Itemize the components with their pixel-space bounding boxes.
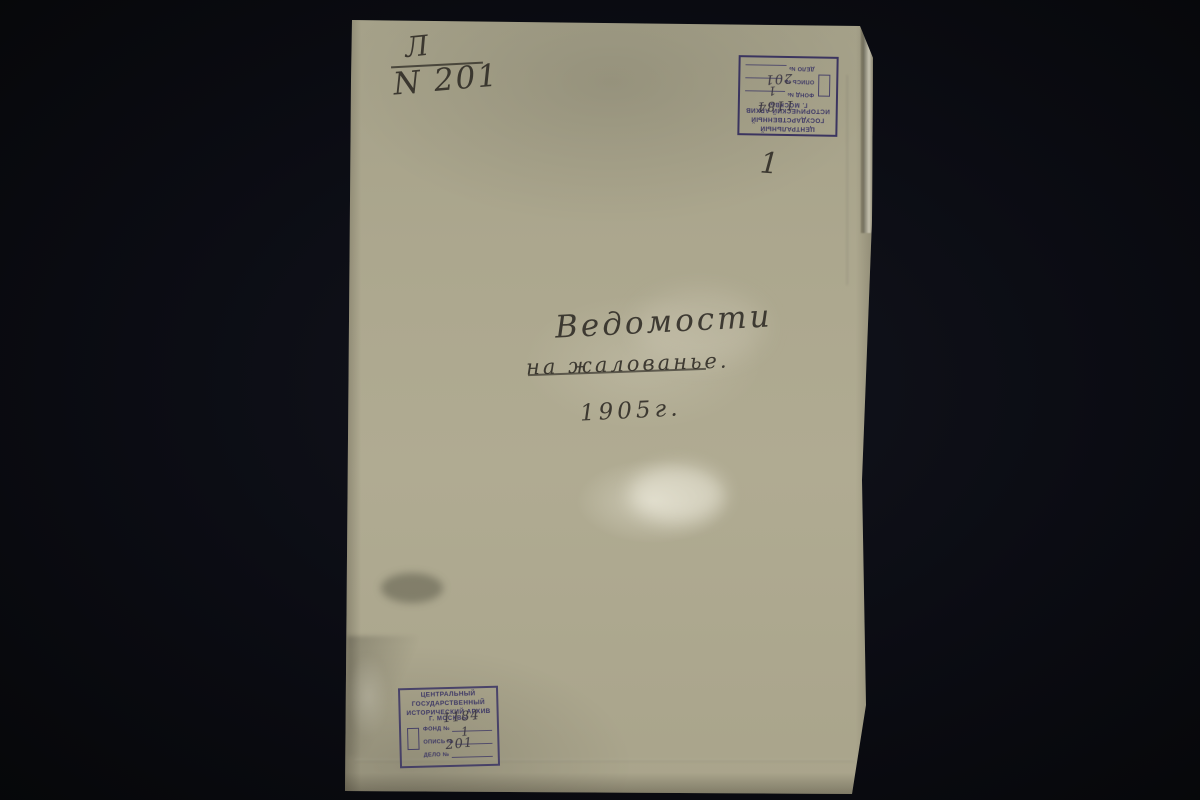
stamp-delo-value: 201 (445, 735, 474, 753)
paper-stain-bright (630, 465, 725, 523)
stamp-row-rule (452, 730, 492, 732)
archive-stamp-top-right: ЦЕНТРАЛЬНЫЙ ГОСУДАРСТВЕННЫЙ ИСТОРИЧЕСКИЙ… (737, 55, 838, 137)
archive-stamp-bottom-left: ЦЕНТРАЛЬНЫЙ ГОСУДАРСТВЕННЫЙ ИСТОРИЧЕСКИЙ… (398, 686, 500, 769)
stamp-org-line: ГОСУДАРСТВЕННЫЙ (400, 699, 496, 709)
stamp-fond-value: 1184 (756, 97, 794, 114)
vertical-crease (846, 75, 849, 285)
stamp-org-line: ЦЕНТРАЛЬНЫЙ (400, 690, 496, 700)
stamp-row-rule (745, 90, 785, 92)
faded-stamp-smudge (381, 573, 443, 603)
page-stack-edge (863, 28, 874, 233)
corner-letter: Л (403, 29, 430, 64)
stamp-delo-value: 201 (764, 70, 793, 86)
page-number: 1 (759, 145, 780, 180)
stamp-row-label: Дело № (789, 65, 815, 71)
photo-stage: Л N 201 1 Ведомости на жалованье. 1905г.… (0, 0, 1200, 800)
stamp-row-label: Фонд № (423, 726, 450, 733)
stamp-box-icon (818, 75, 830, 97)
stamp-row-rule (451, 756, 492, 758)
stamp-box-icon (407, 728, 420, 750)
title-year: 1905г. (579, 395, 682, 426)
document-cover: Л N 201 1 Ведомости на жалованье. 1905г.… (345, 20, 877, 796)
cover-edge-line (861, 28, 863, 233)
stamp-row-rule (746, 64, 787, 66)
file-number: N 201 (392, 57, 501, 102)
stamp-org-line: ГОСУДАРСТВЕННЫЙ (740, 115, 836, 124)
stamp-org-line: ЦЕНТРАЛЬНЫЙ (739, 124, 835, 133)
